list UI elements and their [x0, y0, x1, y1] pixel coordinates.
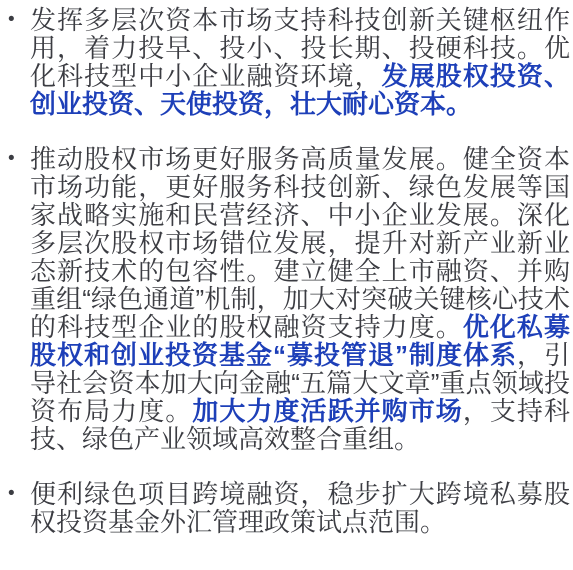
- list-item: • 便利绿色项目跨境融资，稳步扩大跨境私募股权投资基金外汇管理政策试点范围。: [0, 480, 573, 536]
- bullet-text: 发挥多层次资本市场支持科技创新关键枢纽作用，着力投早、投小、投长期、投硬科技。优…: [30, 6, 573, 118]
- bullet-list: • 发挥多层次资本市场支持科技创新关键枢纽作用，着力投早、投小、投长期、投硬科技…: [0, 6, 573, 536]
- bullet-icon: •: [0, 145, 30, 173]
- list-item: • 发挥多层次资本市场支持科技创新关键枢纽作用，着力投早、投小、投长期、投硬科技…: [0, 6, 573, 118]
- bullet-icon: •: [0, 480, 30, 508]
- bullet-text: 推动股权市场更好服务高质量发展。健全资本市场功能，更好服务科技创新、绿色发展等国…: [30, 145, 573, 453]
- bullet-text: 便利绿色项目跨境融资，稳步扩大跨境私募股权投资基金外汇管理政策试点范围。: [30, 480, 573, 536]
- emphasis-text-run: 加大力度活跃并购市场: [192, 396, 463, 426]
- list-item: • 推动股权市场更好服务高质量发展。健全资本市场功能，更好服务科技创新、绿色发展…: [0, 145, 573, 453]
- bullet-icon: •: [0, 6, 30, 34]
- document-page: • 发挥多层次资本市场支持科技创新关键枢纽作用，着力投早、投小、投长期、投硬科技…: [0, 0, 573, 570]
- text-run: 便利绿色项目跨境融资，稳步扩大跨境私募股权投资基金外汇管理政策试点范围。: [30, 479, 570, 537]
